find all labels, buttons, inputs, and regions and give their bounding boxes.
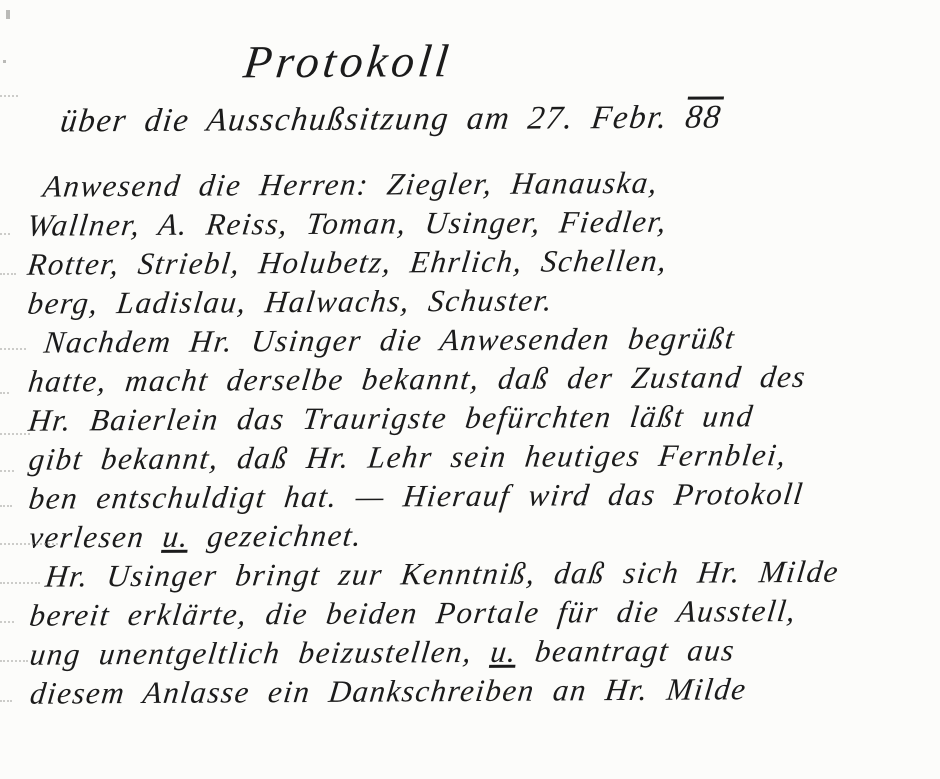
handwritten-line: hatte, macht derselbe bekannt, daß der Z… [26, 356, 940, 401]
scan-artifact [0, 621, 14, 623]
document-body: Anwesend die Herren: Ziegler, Hanauska,W… [0, 161, 940, 713]
handwritten-text-segment: 88 [683, 99, 723, 135]
handwritten-text-segment: gezeichnet. [187, 518, 364, 554]
handwritten-line: Anwesend die Herren: Ziegler, Hanauska, [25, 161, 940, 206]
scan-speck [6, 10, 10, 19]
scan-artifact [0, 660, 28, 662]
handwritten-line: verlesen u. gezeichnet. [27, 512, 940, 557]
handwritten-text-segment: ung unentgeltlich beizustellen, [28, 634, 493, 672]
handwritten-text-segment: Nachdem Hr. Usinger die Anwesenden begrü… [42, 320, 737, 359]
scan-artifact [0, 700, 12, 702]
document-content: Protokoll über die Ausschußsitzung am 27… [0, 31, 940, 713]
scan-artifact [0, 582, 40, 584]
handwritten-line: Hr. Usinger bringt zur Kenntniß, daß sic… [27, 551, 940, 596]
scan-artifact [0, 470, 14, 472]
handwritten-line: gibt bekannt, daß Hr. Lehr sein heutiges… [27, 434, 940, 479]
handwritten-text-segment: Wallner, A. Reiss, Toman, Usinger, Fiedl… [25, 204, 669, 243]
handwritten-line: Wallner, A. Reiss, Toman, Usinger, Fiedl… [25, 200, 940, 245]
handwritten-line: ben entschuldigt hat. — Hierauf wird das… [27, 473, 940, 518]
handwritten-text-segment: ben entschuldigt hat. — Hierauf wird das… [27, 476, 806, 516]
handwritten-text-segment: über die Ausschußsitzung am 27. Febr. [58, 100, 687, 140]
handwritten-text-segment: berg, Ladislau, Halwachs, Schuster. [26, 282, 555, 320]
handwritten-line: bereit erklärte, die beiden Portale für … [28, 590, 940, 635]
scan-artifact [0, 348, 26, 350]
handwritten-text-segment: Hr. Baierlein das Traurigste befürchten … [27, 398, 756, 437]
scanned-document-page: Protokoll über die Ausschußsitzung am 27… [0, 0, 940, 779]
handwritten-text-segment: bereit erklärte, die beiden Portale für … [28, 593, 799, 633]
scan-artifact [0, 433, 30, 435]
handwritten-line: Nachdem Hr. Usinger die Anwesenden begrü… [26, 317, 940, 362]
document-subtitle: über die Ausschußsitzung am 27. Febr. 88 [58, 98, 940, 140]
scan-artifact [0, 505, 12, 507]
handwritten-text-segment: Hr. Usinger bringt zur Kenntniß, daß sic… [44, 554, 842, 594]
handwritten-line: ung unentgeltlich beizustellen, u. beant… [28, 629, 940, 674]
scan-artifact [0, 233, 10, 235]
handwritten-text-segment: gibt bekannt, daß Hr. Lehr sein heutiges… [27, 437, 789, 477]
scan-artifact [0, 95, 18, 97]
handwritten-text-segment: Anwesend die Herren: Ziegler, Hanauska, [41, 165, 660, 204]
handwritten-line: Rotter, Striebl, Holubetz, Ehrlich, Sche… [25, 239, 940, 284]
handwritten-line: berg, Ladislau, Halwachs, Schuster. [26, 278, 940, 323]
scan-artifact [0, 543, 58, 545]
handwritten-text-segment: Rotter, Striebl, Holubetz, Ehrlich, Sche… [26, 243, 670, 282]
handwritten-text-segment: hatte, macht derselbe bekannt, daß der Z… [26, 359, 808, 399]
scan-artifact [0, 392, 9, 394]
handwritten-text-segment: diesem Anlasse ein Dankschreiben an Hr. … [28, 671, 748, 710]
handwritten-text-segment: beantragt aus [515, 632, 737, 668]
scan-artifact [0, 273, 16, 275]
handwritten-line: Hr. Baierlein das Traurigste befürchten … [26, 395, 940, 440]
handwritten-line: diesem Anlasse ein Dankschreiben an Hr. … [28, 668, 940, 713]
handwritten-text-segment: verlesen [27, 519, 165, 555]
document-title: Protokoll [0, 33, 701, 90]
scan-speck [3, 60, 6, 63]
